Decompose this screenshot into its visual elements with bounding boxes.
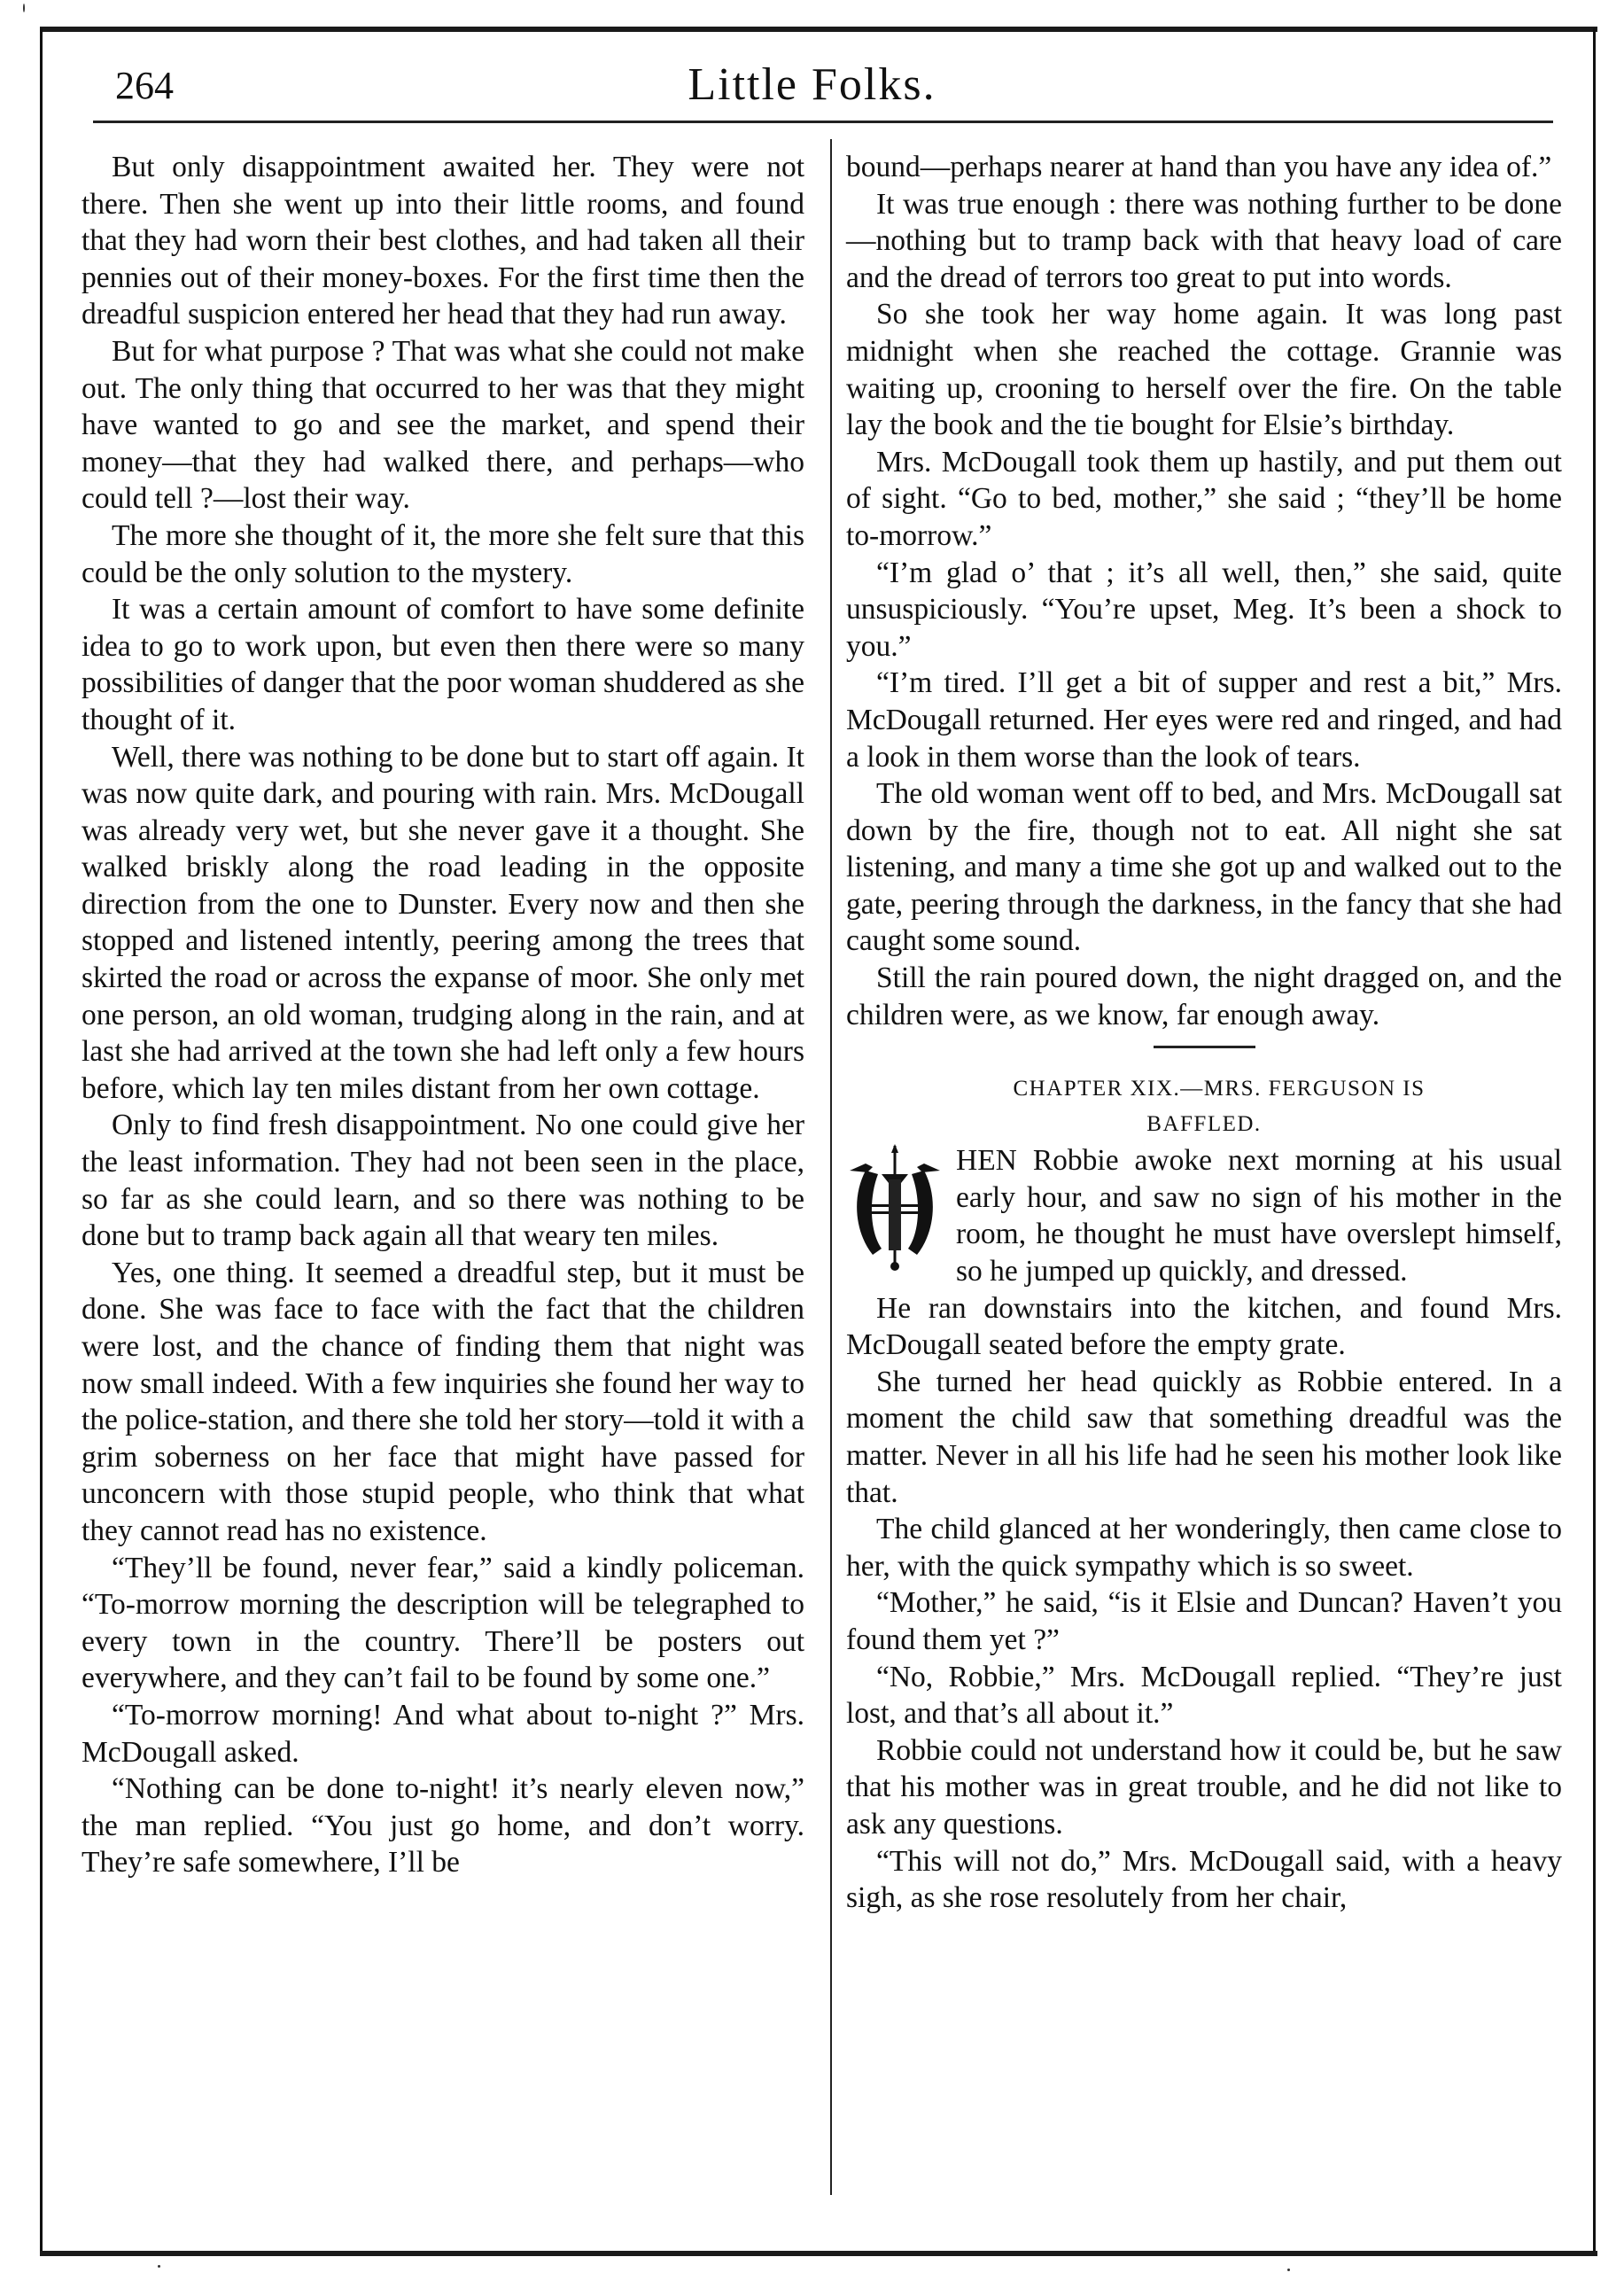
paragraph: “Nothing can be done to-night! it’s near…	[82, 1771, 804, 1881]
paragraph: “I’m glad o’ that ; it’s all well, then,…	[846, 555, 1562, 665]
paragraph: “Mother,” he said, “is it Elsie and Dunc…	[846, 1584, 1562, 1658]
paragraph: It was a certain amount of comfort to ha…	[82, 591, 804, 738]
paragraph: “I’m tired. I’ll get a bit of supper and…	[846, 665, 1562, 775]
paragraph: “No, Robbie,” Mrs. McDougall replied. “T…	[846, 1659, 1562, 1732]
paragraph: The more she thought of it, the more she…	[82, 518, 804, 591]
print-speck	[1287, 2269, 1290, 2271]
chapter-heading-line2: BAFFLED.	[1146, 1112, 1261, 1136]
print-speck	[23, 4, 25, 12]
paragraph: The child glanced at her wonderingly, th…	[846, 1511, 1562, 1584]
left-column: But only disappointment awaited her. The…	[82, 149, 804, 1881]
paragraph: “They’ll be found, never fear,” said a k…	[82, 1550, 804, 1697]
chapter-opening: HEN Robbie awoke next morning at his usu…	[846, 1142, 1562, 1289]
chapter-heading: CHAPTER XIX.—MRS. FERGUSON IS BAFFLED.	[846, 1071, 1562, 1142]
chapter-heading-line1: CHAPTER XIX.—MRS. FERGUSON IS	[1013, 1077, 1425, 1101]
page-frame-bottom-border	[40, 2251, 1597, 2256]
drop-cap-w-icon	[846, 1144, 944, 1277]
paragraph: bound—perhaps nearer at hand than you ha…	[846, 149, 1562, 186]
chapter-first-paragraph: HEN Robbie awoke next morning at his usu…	[846, 1142, 1562, 1289]
paragraph: “This will not do,” Mrs. McDougall said,…	[846, 1843, 1562, 1917]
paragraph: Only to find fresh disappointment. No on…	[82, 1107, 804, 1254]
paragraph: But for what purpose ? That was what she…	[82, 333, 804, 518]
paragraph: Still the rain poured down, the night dr…	[846, 960, 1562, 1033]
paragraph: “To-morrow morning! And what about to-ni…	[82, 1697, 804, 1771]
page-title: Little Folks.	[0, 58, 1624, 112]
paragraph: He ran downstairs into the kitchen, and …	[846, 1290, 1562, 1364]
paragraph: She turned her head quickly as Robbie en…	[846, 1364, 1562, 1511]
paragraph: Mrs. McDougall took them up hastily, and…	[846, 444, 1562, 555]
print-speck	[158, 2265, 160, 2268]
right-column: bound—perhaps nearer at hand than you ha…	[846, 149, 1562, 1917]
section-separator-rule	[1154, 1046, 1255, 1048]
paragraph: The old woman went off to bed, and Mrs. …	[846, 775, 1562, 960]
column-divider	[830, 139, 832, 2195]
paragraph: But only disappointment awaited her. The…	[82, 149, 804, 333]
paragraph: It was true enough : there was nothing f…	[846, 186, 1562, 297]
paragraph: Yes, one thing. It seemed a dreadful ste…	[82, 1255, 804, 1550]
paragraph: Well, there was nothing to be done but t…	[82, 739, 804, 1108]
header-rule	[93, 121, 1553, 123]
paragraph: Robbie could not understand how it could…	[846, 1732, 1562, 1843]
paragraph: So she took her way home again. It was l…	[846, 296, 1562, 443]
